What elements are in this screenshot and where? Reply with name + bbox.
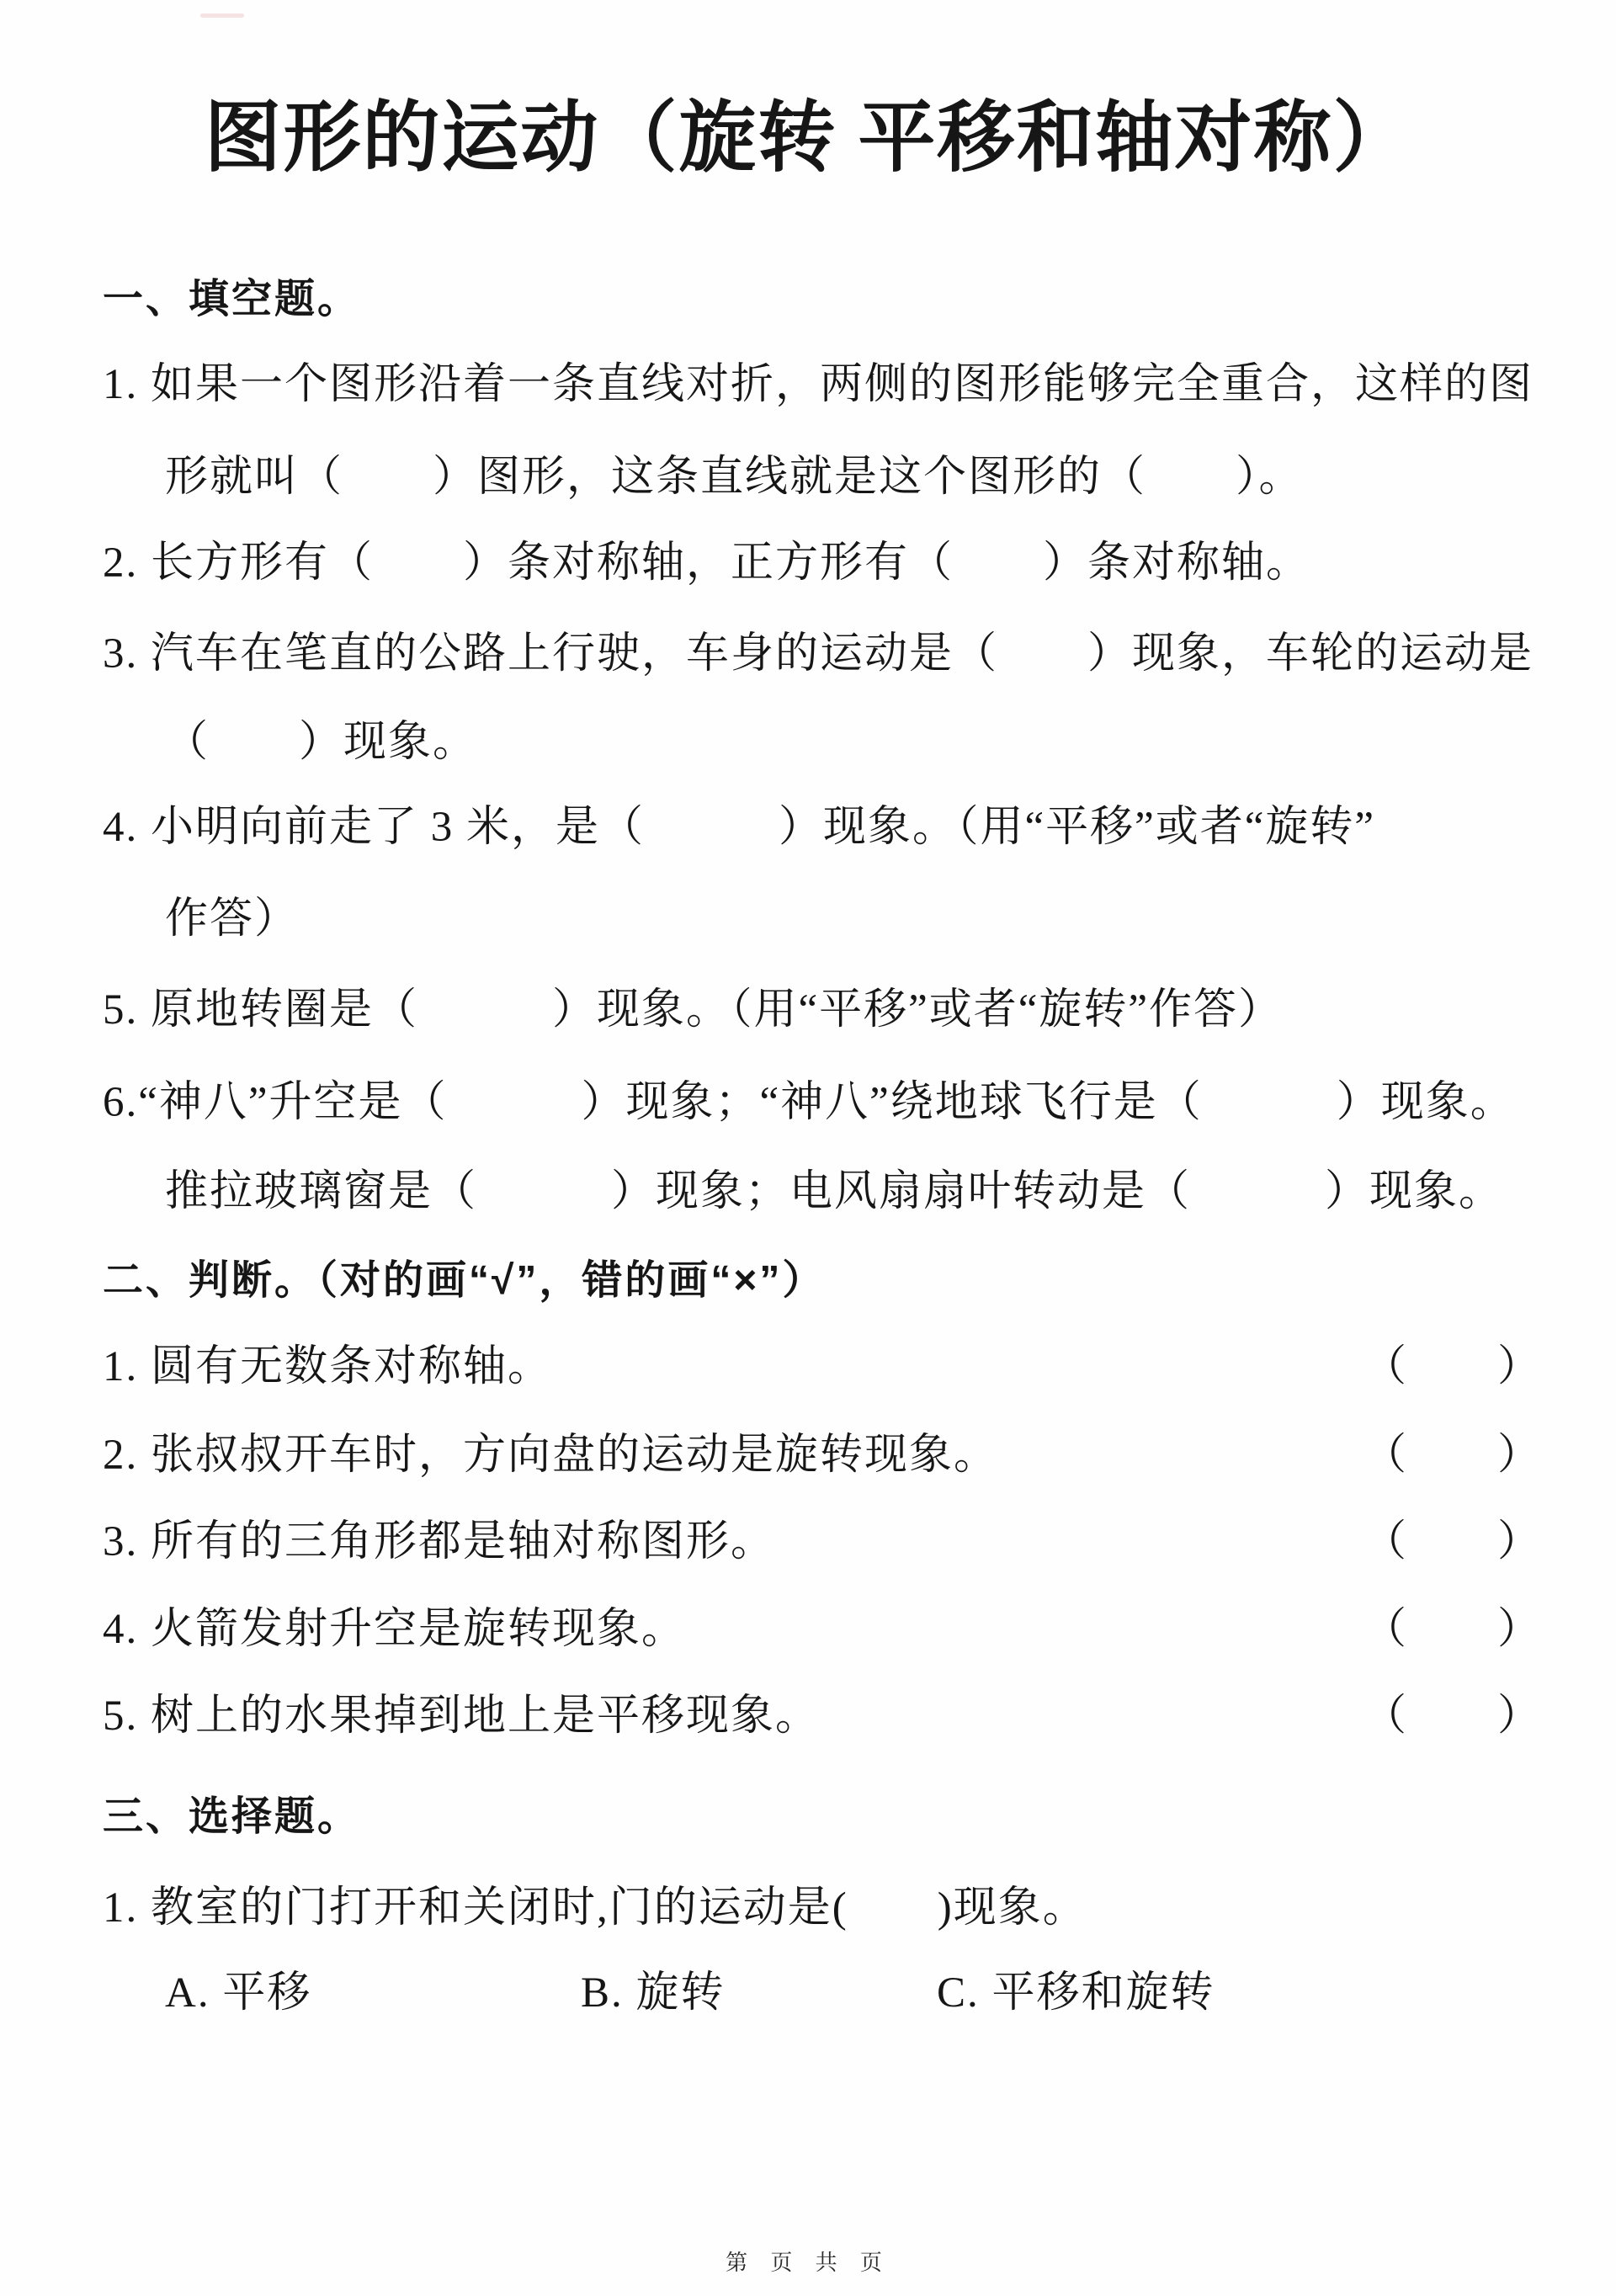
judge-statement: 1. 圆有无数条对称轴。: [103, 1346, 552, 1389]
section-judge-heading: 二、判断。（对的画“√”，错的画“×”）: [103, 1261, 825, 1301]
answer-blank: （ ）: [1363, 1608, 1542, 1651]
section-fill-heading: 一、填空题。: [103, 279, 360, 320]
fill-q6-line1: 6.“神八”升空是（ ）现象；“神八”绕地球飞行是（ ）现象。: [103, 1082, 1515, 1124]
choice-q1: 1. 教室的门打开和关闭时,门的运动是( )现象。: [103, 1887, 1087, 1930]
fill-q6-line2: 推拉玻璃窗是（ ）现象；电风扇扇叶转动是（ ）现象。: [165, 1171, 1503, 1214]
answer-blank: （ ）: [1363, 1434, 1542, 1477]
choice-option-c: C. 平移和旋转: [937, 1972, 1215, 2015]
fill-q1-line1: 1. 如果一个图形沿着一条直线对折，两侧的图形能够完全重合，这样的图: [103, 364, 1534, 407]
worksheet-page: 图形的运动（旋转 平移和轴对称） 一、填空题。 1. 如果一个图形沿着一条直线对…: [0, 0, 1616, 2296]
fill-q4-line2: 作答）: [165, 898, 299, 941]
fill-q3-line1: 3. 汽车在笔直的公路上行驶，车身的运动是（ ）现象，车轮的运动是: [103, 633, 1534, 676]
section-choice-heading: 三、选择题。: [103, 1797, 360, 1837]
judge-statement: 4. 火箭发射升空是旋转现象。: [103, 1608, 686, 1651]
judge-item: 1. 圆有无数条对称轴。 （ ）: [103, 1346, 1542, 1389]
judge-statement: 2. 张叔叔开车时，方向盘的运动是旋转现象。: [103, 1434, 998, 1477]
fill-q2: 2. 长方形有（ ）条对称轴，正方形有（ ）条对称轴。: [103, 542, 1310, 585]
judge-item: 5. 树上的水果掉到地上是平移现象。 （ ）: [103, 1695, 1542, 1738]
judge-statement: 5. 树上的水果掉到地上是平移现象。: [103, 1695, 820, 1738]
page-footer: 第 页 共 页: [0, 2246, 1616, 2277]
fill-q4-line1: 4. 小明向前走了 3 米，是（ ）现象。（用“平移”或者“旋转”: [103, 806, 1375, 849]
judge-item: 3. 所有的三角形都是轴对称图形。 （ ）: [103, 1521, 1542, 1564]
judge-statement: 3. 所有的三角形都是轴对称图形。: [103, 1521, 775, 1564]
choice-option-a: A. 平移: [165, 1972, 311, 2015]
choice-option-b: B. 旋转: [581, 1972, 726, 2015]
judge-item: 4. 火箭发射升空是旋转现象。 （ ）: [103, 1608, 1542, 1651]
answer-blank: （ ）: [1363, 1695, 1542, 1738]
fill-q1-line2: 形就叫（ ）图形，这条直线就是这个图形的（ ）。: [165, 456, 1304, 499]
answer-blank: （ ）: [1363, 1521, 1542, 1564]
judge-item: 2. 张叔叔开车时，方向盘的运动是旋转现象。 （ ）: [103, 1434, 1542, 1477]
fill-q5: 5. 原地转圈是（ ）现象。（用“平移”或者“旋转”作答）: [103, 989, 1283, 1032]
answer-blank: （ ）: [1363, 1346, 1542, 1389]
fill-q3-line2: （ ）现象。: [165, 721, 477, 764]
choice-options-row: A. 平移 B. 旋转 C. 平移和旋转: [0, 1972, 1616, 2022]
scan-smudge-artifact: [200, 13, 244, 18]
page-title: 图形的运动（旋转 平移和轴对称）: [0, 99, 1616, 177]
